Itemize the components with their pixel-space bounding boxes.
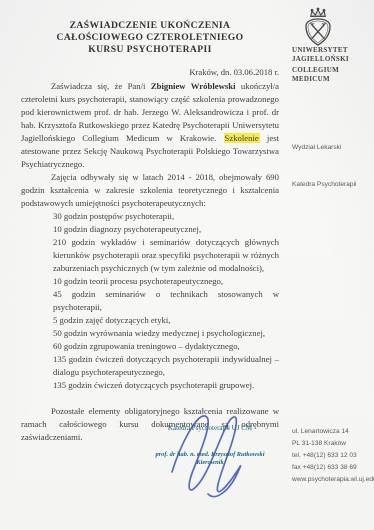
hours-list-item: 30 godzin postępów psychoterapii, bbox=[53, 210, 279, 223]
title-line-3: KURSU PSYCHOTERAPII bbox=[21, 44, 279, 56]
highlighted-word: Szkolenie bbox=[224, 133, 260, 143]
university-name-line2: JAGIELLOŃSKI bbox=[292, 55, 349, 64]
hours-list-item: 50 godzin wyrównania wiedzy medycznej i … bbox=[53, 327, 279, 340]
address-line: tel. +48(12) 633 12 03 bbox=[292, 450, 374, 462]
jagiellonian-university-crest-icon bbox=[300, 7, 336, 47]
stamp-department-line: Katedra Psychoterapii UJ CM bbox=[146, 424, 274, 433]
letterhead-sidebar: UNIWERSYTET JAGIELLOŃSKI COLLEGIUM MEDIC… bbox=[288, 0, 374, 530]
hours-list-item: 210 godzin wykładów i seminariów dotyczą… bbox=[53, 236, 279, 275]
department-stamp: Katedra Psychoterapii UJ CM prof. dr hab… bbox=[146, 424, 274, 467]
stamp-signatory-name: prof. dr hab. n. med. Krzysztof Rutkowsk… bbox=[146, 451, 274, 459]
paragraph-course-summary: Zajęcia odbywały się w latach 2014 - 201… bbox=[21, 171, 279, 210]
hours-list: 30 godzin postępów psychoterapii,10 godz… bbox=[53, 210, 279, 392]
hours-list-item: 10 godzin diagnozy psychoterapeutycznej, bbox=[53, 223, 279, 236]
hours-list-item: 60 godzin zgrupowania treningowo – dydak… bbox=[53, 340, 279, 353]
recipient-name: Zbigniew Wróblewski bbox=[151, 81, 236, 91]
document-body: ZAŚWIADCZENIE UKOŃCZENIA CAŁOŚCIOWEGO CZ… bbox=[21, 20, 279, 444]
department-label: Katedra Psychoterapii bbox=[292, 181, 357, 188]
address-line: ul. Lenartowicza 14 bbox=[292, 426, 374, 438]
faculty-label: Wydział Lekarski bbox=[292, 144, 341, 151]
paragraph-attestation: Zaświadcza się, że Pan/i Zbigniew Wróble… bbox=[21, 80, 279, 171]
address-line: PL 31-138 Kraków bbox=[292, 438, 374, 450]
collegium-line1: COLLEGIUM bbox=[292, 66, 339, 75]
address-line: www.psychoterapia.wl.uj.edu.pl bbox=[292, 474, 374, 486]
address-line: fax +48(12) 633 38 69 bbox=[292, 462, 374, 474]
hours-list-item: 5 godzin zajęć dotyczących etyki, bbox=[53, 314, 279, 327]
attestation-intro: Zaświadcza się, że Pan/i bbox=[51, 81, 151, 91]
stamp-signatory-title: Kierownik bbox=[146, 459, 274, 467]
hours-list-item: 45 godzin seminariów o technikach stosow… bbox=[53, 288, 279, 314]
hours-list-item: 135 godzin ćwiczeń dotyczących psychoter… bbox=[53, 379, 279, 392]
certificate-document: ZAŚWIADCZENIE UKOŃCZENIA CAŁOŚCIOWEGO CZ… bbox=[0, 0, 374, 530]
university-name: UNIWERSYTET JAGIELLOŃSKI bbox=[292, 46, 349, 63]
hours-list-item: 10 godzin teorii procesu psychoterapeuty… bbox=[53, 275, 279, 288]
title-line-2: CAŁOŚCIOWEGO CZTEROLETNIEGO bbox=[21, 32, 279, 44]
title-line-1: ZAŚWIADCZENIE UKOŃCZENIA bbox=[21, 20, 279, 32]
address-block: ul. Lenartowicza 14PL 31-138 Krakówtel. … bbox=[292, 426, 374, 486]
collegium-medicum-name: COLLEGIUM MEDICUM bbox=[292, 66, 339, 83]
date-line: Kraków, dn. 03.06.2018 r. bbox=[21, 67, 279, 77]
document-title: ZAŚWIADCZENIE UKOŃCZENIA CAŁOŚCIOWEGO CZ… bbox=[21, 20, 279, 56]
hours-list-item: 135 godzin ćwiczeń dotyczących psychoter… bbox=[53, 353, 279, 379]
collegium-line2: MEDICUM bbox=[292, 75, 339, 84]
university-name-line1: UNIWERSYTET bbox=[292, 46, 349, 55]
